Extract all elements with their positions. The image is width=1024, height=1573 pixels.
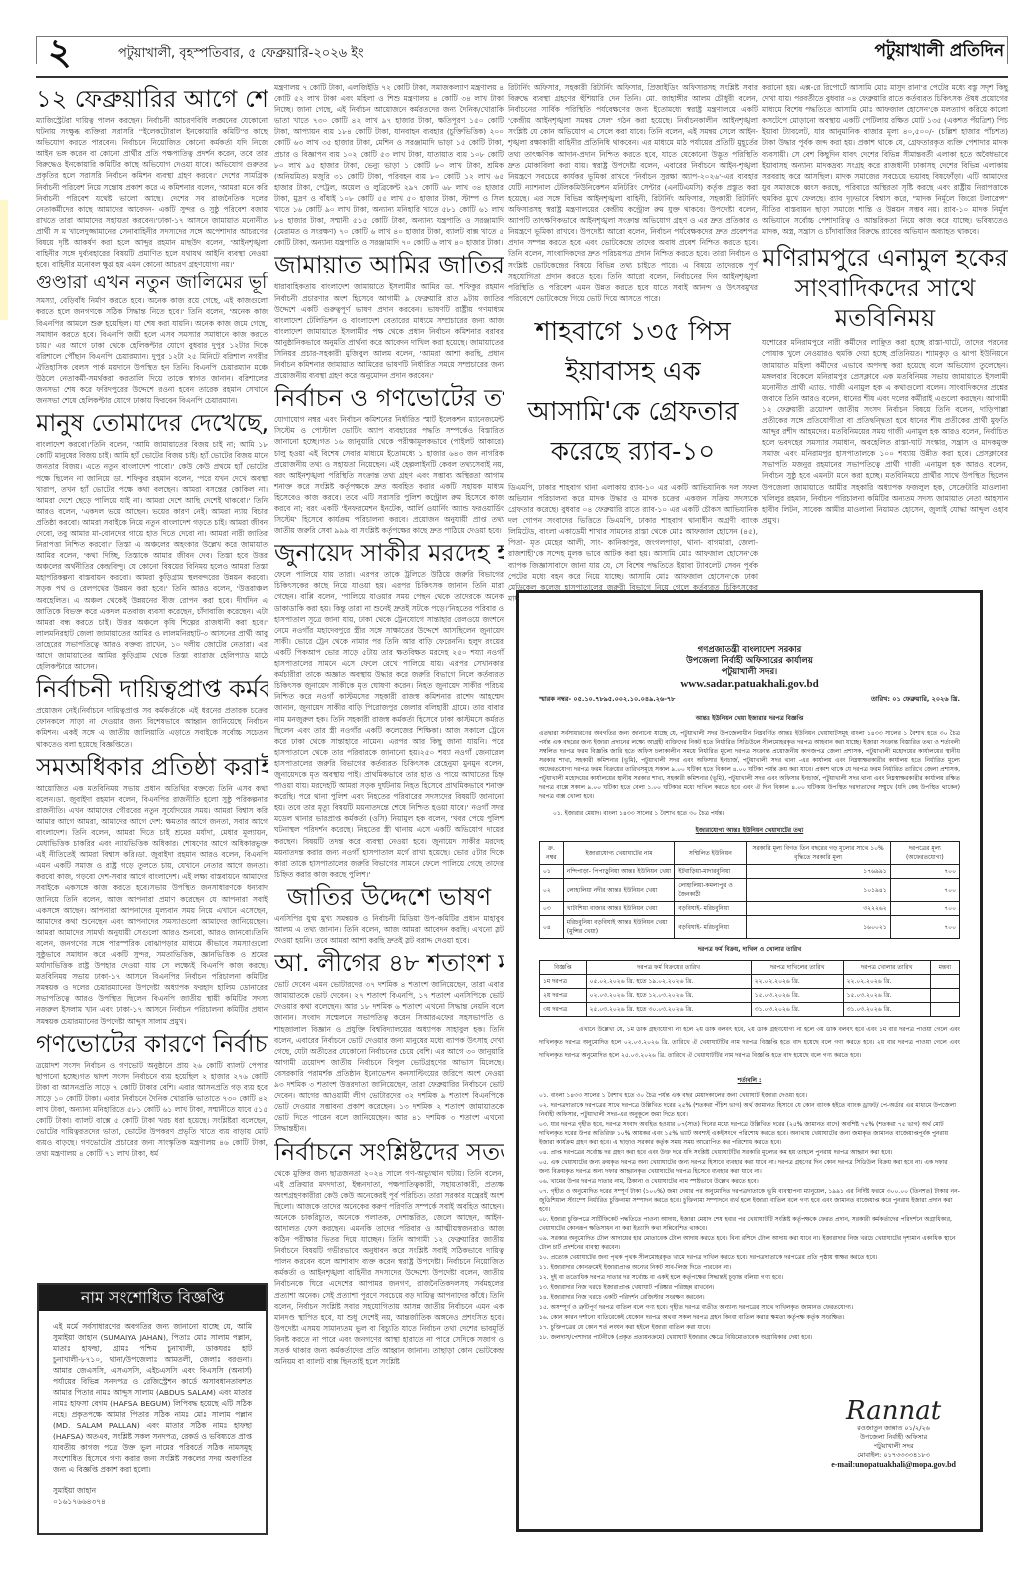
headline: মণিরামপুরে এনামুল হকের সাংবাদিকদের সাথে … bbox=[762, 243, 1008, 333]
signer-mobile: মোবাইল: ০১৭৩৩৩৩৪১৮৩ bbox=[831, 1451, 956, 1460]
term-item: ১৭. চুক্তিপত্রের যে কোন শর্ত লংঘন করা হই… bbox=[539, 1323, 960, 1332]
cell: ২৫.০৩.২০২৬ খ্রি. হতে ৩০.০৩.২০২৬ খ্রি. bbox=[586, 1003, 751, 1017]
table-row: ০২লোহালিয়া নদীর আন্তঃ ইউনিয়ন খেয়ালোহা… bbox=[540, 879, 960, 902]
article-text: যশোরের মনিরামপুরে নারী কর্মীদের লাঞ্ছিত … bbox=[762, 337, 1008, 526]
notice-signer: সুমাইয়া জাহান bbox=[53, 1485, 252, 1496]
cell: মরিচবুনিয়া বড়বিঘাই আন্তঃ ইউনিয়ন খেয়া… bbox=[563, 916, 674, 939]
article-text: সমস্যা, বেড়িবাঁধ নির্মাণ করতে হবে। অনেক… bbox=[36, 295, 268, 406]
article-text: রিটার্নিং অফিসার, সহকারী রিটার্নিং অফিসা… bbox=[508, 82, 758, 304]
headline: নির্বাচনে সংশ্লিষ্টদের সততার bbox=[274, 1137, 504, 1167]
col-header: দরপত্র দাখিলের তারিখ bbox=[751, 961, 843, 975]
terms-title: শর্তাবলি : bbox=[539, 1076, 960, 1085]
col-header: ক্র. নম্বর bbox=[540, 842, 564, 865]
term-item: ১৪. ইজারাদার নিজ খরচে একটি পরিদর্শন রেজি… bbox=[539, 1293, 960, 1302]
cell: ৩১.০৩.২০২৬ খ্রি. bbox=[843, 1003, 930, 1017]
tender-intro: এতদ্বারা সর্বসাধারণের অবগতির জন্য জানানো… bbox=[539, 729, 960, 801]
term-item: ১৩. ইজারাদার নিজ খরচে ইজারাপ্রাপ্ত খেয়া… bbox=[539, 1283, 960, 1292]
signer-place: পটুয়াখালী সদর bbox=[831, 1442, 956, 1451]
lease-period: ০১. ইজারার মেয়াদ। বাংলা ১৪৩৩ সালের ১ বৈ… bbox=[539, 809, 960, 818]
cell: খাটাশিয়া বাজার আন্তঃ ইউনিয়ন খেয়া bbox=[563, 902, 674, 916]
article-text: ফেলে পালিয়ে যায় তারা। এরপর তাকে ট্রলিত… bbox=[274, 569, 504, 880]
cell: ৩২২২৬২ bbox=[746, 902, 890, 916]
office-place: পটুয়াখালী সদর। bbox=[539, 667, 960, 678]
cell: নন্দিপাড়া- পিপাড়ুনিয়া আন্তঃ ইউনিয়ন খ… bbox=[563, 865, 674, 879]
terms-list: ০১. বাংলা ১৪৩৩ সালের ১ বৈশাখ হতে ৩০ চৈত্… bbox=[539, 1091, 960, 1342]
tender-title: আন্তঃ ইউনিয়ন খেয়া ইজারার দরপত্র বিজ্ঞপ… bbox=[539, 714, 960, 723]
col-header: দরপত্র খোলার তারিখ bbox=[843, 961, 930, 975]
highlight-mark bbox=[0, 200, 8, 320]
article-text: থেকে মুক্তির জন্য ছাত্রজনতা ২০২৪ সালে গণ… bbox=[274, 1168, 504, 1368]
table-row: ১ম দরপত্র০৫.০২.২০২৬ খ্রি. হতে ১৯.০২.২০২৬… bbox=[540, 975, 960, 989]
signer-email[interactable]: e-mail:unopatuakhali@mopa.gov.bd bbox=[831, 1460, 956, 1469]
article-text: আয়োজিত এক মতবিনিময় সভায় প্রধান অতিথির… bbox=[36, 783, 268, 1027]
cell bbox=[930, 975, 959, 989]
term-item: ০৬. খামের উপর দরপত্র দাতার নাম, ঠিকানা ও… bbox=[539, 1177, 960, 1186]
cell: ২২.০২.২০২৬ খ্রি. bbox=[751, 975, 843, 989]
col-header: সরকারি মূল্য বিগত তিন বছরের গড় মূল্যের … bbox=[746, 842, 890, 865]
notice-date: তারিখ: ০১ ফেব্রুয়ারি, ২০২৬ খ্রি. bbox=[871, 695, 960, 704]
cell: ১৭৬৯৯১ bbox=[746, 865, 890, 879]
headline: গণভোটের কারণে নির্বাচনী bbox=[36, 1029, 268, 1059]
notice-title: নাম সংশোধিত বিজ্ঞপ্তি bbox=[39, 1285, 266, 1311]
name-correction-notice: নাম সংশোধিত বিজ্ঞপ্তি এই মর্মে সর্বসাধার… bbox=[37, 1283, 268, 1535]
cell: বড়বিঘাই- মরিচবুনিয়া bbox=[675, 916, 746, 939]
cell: ১৫.০৩.২০২৬ খ্রি. bbox=[751, 989, 843, 1003]
signer-designation: উপজেলা নির্বাহী অফিসার bbox=[831, 1433, 956, 1442]
term-item: ০১. বাংলা ১৪৩৩ সালের ১ বৈশাখ হতে ৩০ চৈত্… bbox=[539, 1091, 960, 1100]
headline: মানুষ তোমাদের দেখেছে, এবার bbox=[36, 408, 268, 438]
article-text: প্রয়োজন নেই।নির্বাচনে দায়িত্বপ্রাপ্ত স… bbox=[36, 705, 268, 749]
headline: আ. লীগের ৪৮ শতাংশ মানুষ bbox=[274, 948, 504, 978]
cell: ২২.০২.২০২৬ খ্রি. bbox=[843, 975, 930, 989]
term-item: ১২. দুই বা ততোধিক দরপত্র দাতার দর সর্বোচ… bbox=[539, 1273, 960, 1282]
term-item: ১০. প্রত্যেক খেয়াঘাটের জন্য পৃথক পৃথক স… bbox=[539, 1253, 960, 1262]
cell bbox=[930, 989, 959, 1003]
headline: জুনায়েদ সাকীর মরদেহ হাসপাতালে bbox=[274, 538, 504, 568]
headline: জামায়াত আমির জাতির উদ্দেশে ভাষ bbox=[274, 250, 504, 280]
term-item: ১১. ইজারাদার কোনক্রমেই ইজারাপ্রাপ্ত অন্য… bbox=[539, 1263, 960, 1272]
table-row: ৩য় দরপত্র২৫.০৩.২০২৬ খ্রি. হতে ৩০.০৩.২০২… bbox=[540, 1003, 960, 1017]
cell: ১০১৯৪১ bbox=[746, 879, 890, 902]
cell: ৭০০ bbox=[890, 879, 959, 902]
article-text: যোগাযোগ নম্বর এবং নির্বাচন কমিশনের নির্ধ… bbox=[274, 414, 504, 536]
cell: ০১ bbox=[540, 865, 564, 879]
table-row: ০৪মরিচবুনিয়া বড়বিঘাই আন্তঃ ইউনিয়ন খেয… bbox=[540, 916, 960, 939]
signature-mark: Rannat bbox=[831, 1398, 956, 1424]
column-4: করানো হয়। এক্স-রে রিপোর্টে আসামি মোঃ মা… bbox=[762, 82, 1008, 526]
article-text: করানো হয়। এক্স-রে রিপোর্টে আসামি মোঃ মা… bbox=[762, 82, 1008, 237]
office-website[interactable]: www.sadar.patuakhali.gov.bd bbox=[539, 680, 960, 689]
headline: শাহবাগে ১৩৫ পিস ইয়াবাসহ এক আসামি'কে গ্র… bbox=[508, 312, 758, 472]
cell: ১৬০০২১ bbox=[746, 916, 890, 939]
col-header: দরপত্র ফর্ম বিক্রয়ের তারিখ bbox=[586, 961, 751, 975]
term-item: ০২. দরপত্রদাতাকে দরপত্রের সাথে দরপত্রে উ… bbox=[539, 1101, 960, 1119]
cell: ১৫.০৩.২০২৬ খ্রি. bbox=[843, 989, 930, 1003]
cell: ০৪ bbox=[540, 916, 564, 939]
dateline: পটুয়াখালী, বৃহস্পতিবার, ৫ ফেব্রুয়ারি-২… bbox=[118, 44, 364, 65]
gov-name: গণপ্রজাতন্ত্রী বাংলাদেশ সরকার bbox=[539, 645, 960, 656]
term-item: ০৮. ইজারা চুক্তিপত্রে সার্টিফিকেট পদ্ধতি… bbox=[539, 1215, 960, 1233]
term-item: ০৩. যার দরপত্র গৃহীত হবে, দরপত্র সংবাদ অ… bbox=[539, 1120, 960, 1147]
article-text: বাংলাদেশ করবো।'তিনি বলেন, 'আমি জামায়াতে… bbox=[36, 439, 268, 672]
col-header: দরপত্রের মূল্য (অফেরতযোগ্য) bbox=[890, 842, 959, 865]
cell: লোহালিয়া-কমলাপুর ও জৈনকাঠী bbox=[675, 879, 746, 902]
cell: ৭০০ bbox=[890, 865, 959, 879]
cell: ২য় দরপত্র bbox=[540, 989, 587, 1003]
article-text: মন্ত্রণালয় ৭ কোটি টাকা, এলজিইডি ৭২ কোটি… bbox=[274, 82, 504, 248]
col-header: বিজ্ঞপ্তি bbox=[540, 961, 587, 975]
article-text: ভোট দেবেন এমন ভোটারদের ৩৭ দশমিক ৪ শতাংশ … bbox=[274, 979, 504, 1134]
page-number: ২ bbox=[48, 30, 71, 74]
memo-number: স্মারক নম্বর- ০৫.১০.৭৮৯৫.০০২.১০.০৪৯.২৬-৭… bbox=[539, 695, 675, 704]
cell bbox=[930, 1003, 959, 1017]
cell: ৭০০ bbox=[890, 916, 959, 939]
column-2: মন্ত্রণালয় ৭ কোটি টাকা, এলজিইডি ৭২ কোটি… bbox=[274, 82, 504, 1367]
schedule-table-title: দরপত্র ফর্ম বিক্রয়, দাখিল ও খোলার তারিখ bbox=[539, 945, 960, 954]
table-row: ২য় দরপত্র০২.০৩.২০২৬ খ্রি. হতে ১২.০৩.২০২… bbox=[540, 989, 960, 1003]
col-header: সম্মিলিত ইউনিয়ন bbox=[675, 842, 746, 865]
article-text: ডিএমপি, ঢাকার শাহবাগ থানা এলাকায় র‍্যাব… bbox=[508, 482, 758, 604]
headline: গুণ্ডারা এখন নতুন জালিমের ভূমিকায় bbox=[36, 272, 268, 294]
column-3: রিটার্নিং অফিসার, সহকারী রিটার্নিং অফিসা… bbox=[508, 82, 758, 604]
cell: ৭০০ bbox=[890, 902, 959, 916]
headline: নির্বাচনী দায়িত্বপ্রাপ্ত কর্মকর্তাদের bbox=[36, 674, 268, 704]
column-1: ১২ ফেব্রুয়ারির আগে শেরপুর ম্যাজিস্ট্রেট… bbox=[36, 82, 268, 1160]
article-text: ধারাবাহিকতায় বাংলাদেশ জামায়াতে ইসলামীর… bbox=[274, 281, 504, 381]
cell: ০২ bbox=[540, 879, 564, 902]
term-item: ০৫. এক খেয়াঘাটের জন্য ক্রয়কৃত দরপত্র অ… bbox=[539, 1158, 960, 1176]
newspaper-brand: পটুয়াখালী প্রতিদিন bbox=[874, 38, 1004, 66]
cell: ০২.০৩.২০২৬ খ্রি. হতে ১২.০৩.২০২৬ খ্রি. bbox=[586, 989, 751, 1003]
term-item: ১৮. জলদাস/পেশাদার পাটনীকে (প্রকৃত প্রত্য… bbox=[539, 1333, 960, 1342]
headline: সমঅধিকার প্রতিষ্ঠা করাই bbox=[36, 752, 268, 782]
headline: জাতির উদ্দেশে ভাষণ bbox=[274, 882, 504, 912]
header-rule bbox=[36, 76, 1008, 78]
cell: ৩য় দরপত্র bbox=[540, 1003, 587, 1017]
table-row: ০১নন্দিপাড়া- পিপাড়ুনিয়া আন্তঃ ইউনিয়ন… bbox=[540, 865, 960, 879]
col-header: মন্তব্য bbox=[930, 961, 959, 975]
cell: লোহালিয়া নদীর আন্তঃ ইউনিয়ন খেয়া bbox=[563, 879, 674, 902]
headline: ১২ ফেব্রুয়ারির আগে শেরপুর bbox=[36, 84, 268, 114]
notice-phone: ০১৬১৭৬৬৪৩৭৪ bbox=[53, 1496, 252, 1507]
tender-notice: গণপ্রজাতন্ত্রী বাংলাদেশ সরকার উপজেলা নির… bbox=[516, 590, 983, 1532]
ferry-table-title: ইজারাযোগ্য আন্তঃ ইউনিয়ন খেয়াঘাটের তথ্য bbox=[539, 826, 960, 835]
cell: ০৫.০২.২০২৬ খ্রি. হতে ১৯.০২.২০২৬ খ্রি. bbox=[586, 975, 751, 989]
term-item: ০৪. প্রাপ্ত দরপত্রের সর্বোচ্চ দর গ্রহণ ক… bbox=[539, 1148, 960, 1157]
headline: নির্বাচন ও গণভোটের তথ্য bbox=[274, 383, 504, 413]
cell: ১ম দরপত্র bbox=[540, 975, 587, 989]
term-item: ১৫. অসম্পূর্ণ ও ত্রুটিপূর্ণ দরপত্র বাতিল… bbox=[539, 1303, 960, 1312]
article-text: ত্রয়োদশ সংসদ নির্বাচন ও গণভোট অনুষ্ঠানে… bbox=[36, 1060, 268, 1160]
cell: ইটবাড়িয়া-মাদারবুনিয়া bbox=[675, 865, 746, 879]
term-item: ০৭. গৃহীত ও অনুমোদিত দরের সম্পূর্ণ টাকা … bbox=[539, 1187, 960, 1214]
office-name: উপজেলা নির্বাহী অফিসারের কার্যালয় bbox=[539, 656, 960, 667]
cell: বড়বিঘাই- মরিচবুনিয়া bbox=[675, 902, 746, 916]
cell: ৩১.০৩.২০২৬ খ্রি. bbox=[751, 1003, 843, 1017]
ferry-table: ক্র. নম্বর ইজারাযোগ্য খেয়াঘাটের নাম সম্… bbox=[539, 841, 960, 939]
cell: ০৩ bbox=[540, 902, 564, 916]
table-row: ০৩খাটাশিয়া বাজার আন্তঃ ইউনিয়ন খেয়াবড়… bbox=[540, 902, 960, 916]
col-header: ইজারাযোগ্য খেয়াঘাটের নাম bbox=[563, 842, 674, 865]
article-text: এনসিপির যুগ্ম মুখ্য সমন্বয়ক ও নির্বাচনী… bbox=[274, 913, 504, 946]
signature-block: Rannat রওজাতুন জান্নাত ০১/২/২৬ উপজেলা নি… bbox=[831, 1398, 956, 1469]
term-item: ০৯. সরকার অনুমোদিত টোল আদায়ের হার মোতাব… bbox=[539, 1234, 960, 1252]
article-text: ম্যাজিস্ট্রেটরা দায়িত্ব পালন করছেন। নির… bbox=[36, 115, 268, 270]
notice-body: এই মর্মে সর্বসাধারণের অবগতির জন্য জানানো… bbox=[53, 1321, 252, 1475]
schedule-table: বিজ্ঞপ্তি দরপত্র ফর্ম বিক্রয়ের তারিখ দর… bbox=[539, 960, 960, 1017]
term-item: ১৬. কোন কারন দর্শানো ব্যতিরেকেই যেকোন দর… bbox=[539, 1313, 960, 1322]
tender-note: এখানে উল্লেখ্য যে, ১ম ডাক গ্রহণযোগ্য না … bbox=[539, 1023, 960, 1062]
